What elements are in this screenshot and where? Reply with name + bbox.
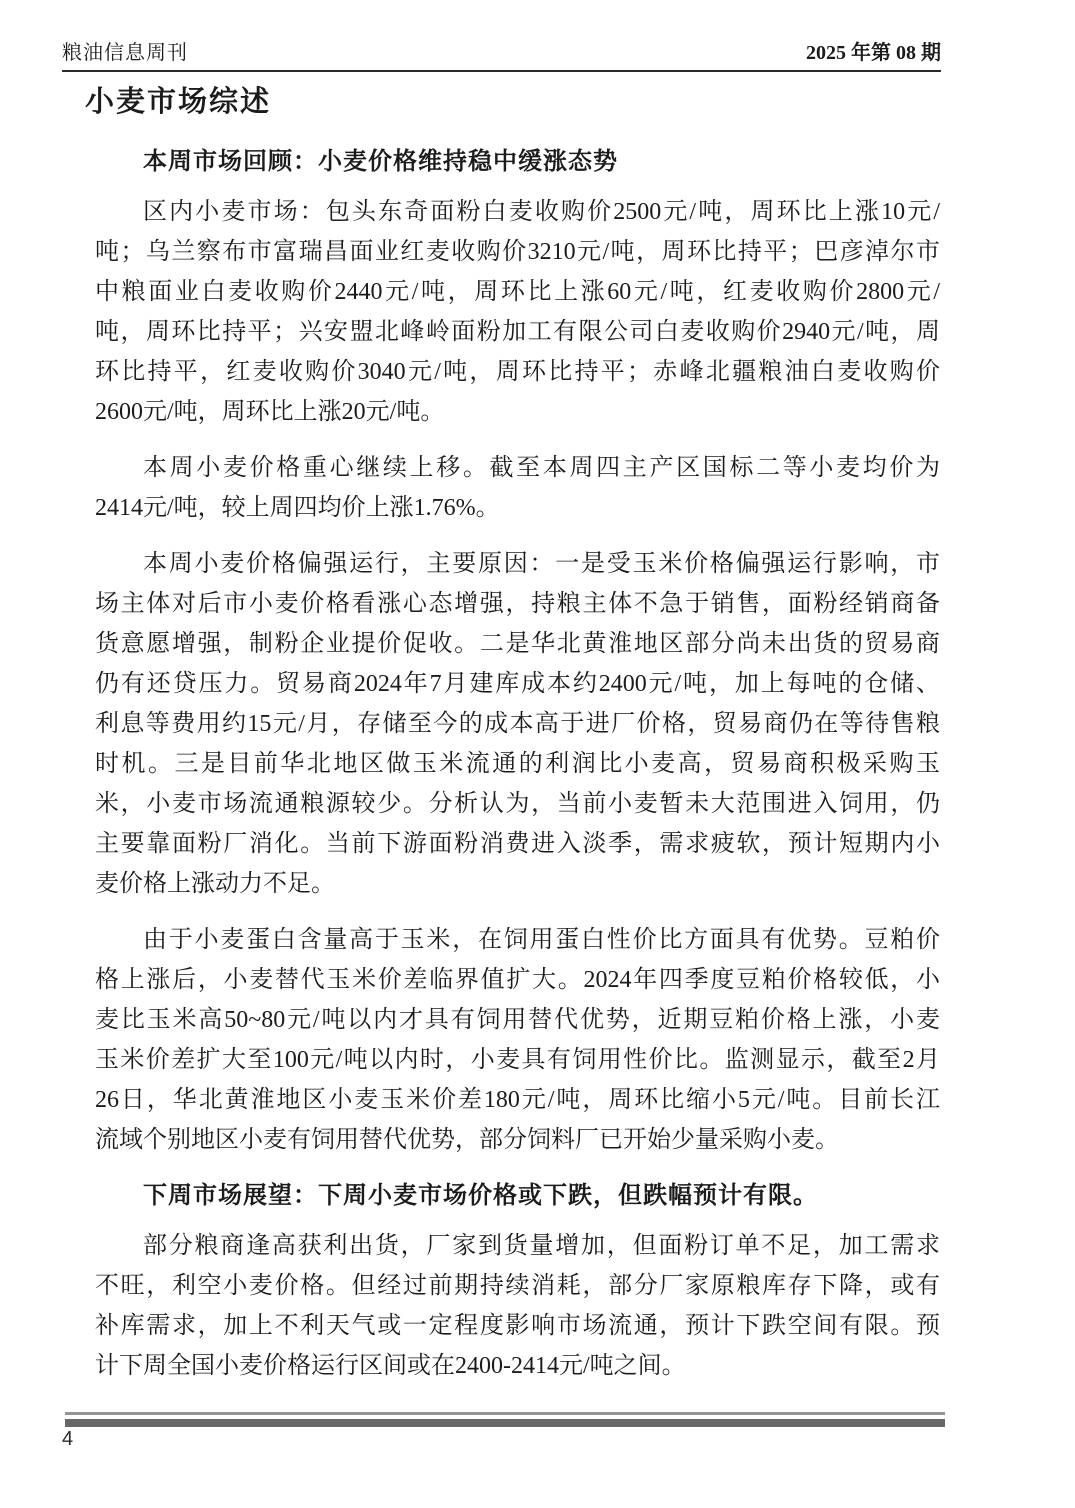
price-strength-reasons-paragraph: 本周小麦价格偏强运行，主要原因：一是受玉米价格偏强运行影响，市场主体对后市小麦价… xyxy=(95,544,940,904)
paragraph-line: 麦比玉米高50~80元/吨以内才具有饲用替代优势，近期豆粕价格上涨，小麦 xyxy=(95,1000,940,1040)
paragraph-line: 本周小麦价格重心继续上移。截至本周四主产区国标二等小麦均价为 xyxy=(95,448,940,488)
paragraph-line: 由于小麦蛋白含量高于玉米，在饲用蛋白性价比方面具有优势。豆粕价 xyxy=(95,920,940,960)
paragraph-line: 玉米价差扩大至100元/吨以内时，小麦具有饲用性价比。监测显示，截至2月 xyxy=(95,1040,940,1080)
sections-container: 本周市场回顾：小麦价格维持稳中缓涨态势区内小麦市场：包头东奇面粉白麦收购价250… xyxy=(95,142,940,1386)
paragraph-line: 吨，周环比持平；兴安盟北峰岭面粉加工有限公司白麦收购价2940元/吨，周 xyxy=(95,312,940,352)
paragraph-line: 区内小麦市场：包头东奇面粉白麦收购价2500元/吨，周环比上涨10元/ xyxy=(95,192,940,232)
issue-label: 2025 年第 08 期 xyxy=(806,36,941,65)
paragraph-line: 补库需求，加上不利天气或一定程度影响市场流通，预计下跌空间有限。预 xyxy=(95,1306,940,1346)
paragraph-line: 本周小麦价格偏强运行，主要原因：一是受玉米价格偏强运行影响，市 xyxy=(95,544,940,584)
paragraph-line: 不旺，利空小麦价格。但经过前期持续消耗，部分厂家原粮库存下降，或有 xyxy=(95,1266,940,1306)
paragraph-line: 格上涨后，小麦替代玉米价差临界值扩大。2024年四季度豆粕价格较低，小 xyxy=(95,960,940,1000)
page-title: 小麦市场综述 xyxy=(85,84,940,120)
weekly-review-heading: 本周市场回顾：小麦价格维持稳中缓涨态势 xyxy=(95,142,940,182)
outlook-paragraph: 部分粮商逢高获利出货，厂家到货量增加，但面粉订单不足，加工需求不旺，利空小麦价格… xyxy=(95,1226,940,1386)
paragraph-line: 主要靠面粉厂消化。当前下游面粉消费进入淡季，需求疲软，预计短期内小 xyxy=(95,824,940,864)
paragraph-line: 2600元/吨，周环比上涨20元/吨。 xyxy=(95,392,940,432)
regional-price-paragraph: 区内小麦市场：包头东奇面粉白麦收购价2500元/吨，周环比上涨10元/吨；乌兰察… xyxy=(95,192,940,432)
paragraph-line: 部分粮商逢高获利出货，厂家到货量增加，但面粉订单不足，加工需求 xyxy=(95,1226,940,1266)
paragraph-line: 利息等费用约15元/月，存储至今的成本高于进厂价格，贸易商仍在等待售粮 xyxy=(95,704,940,744)
paragraph-line: 麦价格上涨动力不足。 xyxy=(95,864,940,904)
footer-rule-thick xyxy=(65,1419,945,1427)
paragraph-line: 时机。三是目前华北地区做玉米流通的利润比小麦高，贸易商积极采购玉 xyxy=(95,744,940,784)
running-header: 粮油信息周刊 2025 年第 08 期 xyxy=(62,36,941,72)
paragraph-line: 26日，华北黄淮地区小麦玉米价差180元/吨，周环比缩小5元/吨。目前长江 xyxy=(95,1080,940,1120)
document-body: 小麦市场综述 本周市场回顾：小麦价格维持稳中缓涨态势区内小麦市场：包头东奇面粉白… xyxy=(95,84,940,1402)
paragraph-line: 场主体对后市小麦价格看涨心态增强，持粮主体不急于销售，面粉经销商备 xyxy=(95,584,940,624)
paragraph-line: 中粮面业白麦收购价2440元/吨，周环比上涨60元/吨，红麦收购价2800元/ xyxy=(95,272,940,312)
document-page: 粮油信息周刊 2025 年第 08 期 小麦市场综述 本周市场回顾：小麦价格维持… xyxy=(0,0,1075,1508)
next-week-outlook-heading: 下周市场展望：下周小麦市场价格或下跌，但跌幅预计有限。 xyxy=(95,1176,940,1216)
feed-substitution-paragraph: 由于小麦蛋白含量高于玉米，在饲用蛋白性价比方面具有优势。豆粕价格上涨后，小麦替代… xyxy=(95,920,940,1160)
paragraph-line: 计下周全国小麦价格运行区间或在2400-2414元/吨之间。 xyxy=(95,1346,940,1386)
footer-rule-thin xyxy=(65,1412,945,1415)
paragraph-line: 吨；乌兰察布市富瑞昌面业红麦收购价3210元/吨，周环比持平；巴彦淖尔市 xyxy=(95,232,940,272)
paragraph-line: 流域个别地区小麦有饲用替代优势，部分饲料厂已开始少量采购小麦。 xyxy=(95,1120,940,1160)
paragraph-line: 货意愿增强，制粉企业提价促收。二是华北黄淮地区部分尚未出货的贸易商 xyxy=(95,624,940,664)
journal-title: 粮油信息周刊 xyxy=(62,36,188,65)
national-average-paragraph: 本周小麦价格重心继续上移。截至本周四主产区国标二等小麦均价为2414元/吨，较上… xyxy=(95,448,940,528)
page-number: 4 xyxy=(62,1428,73,1451)
paragraph-line: 米，小麦市场流通粮源较少。分析认为，当前小麦暂未大范围进入饲用，仍 xyxy=(95,784,940,824)
paragraph-line: 仍有还贷压力。贸易商2024年7月建库成本约2400元/吨，加上每吨的仓储、 xyxy=(95,664,940,704)
paragraph-line: 2414元/吨，较上周四均价上涨1.76%。 xyxy=(95,488,940,528)
paragraph-line: 环比持平，红麦收购价3040元/吨，周环比持平；赤峰北疆粮油白麦收购价 xyxy=(95,352,940,392)
